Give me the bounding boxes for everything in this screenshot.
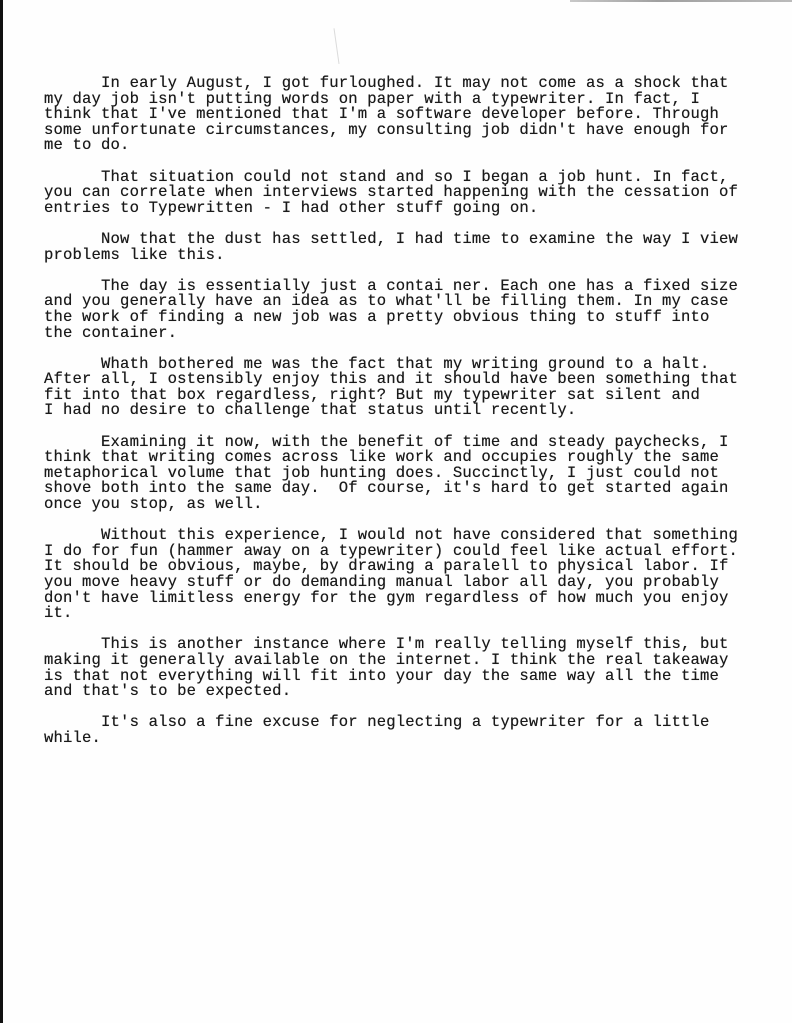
- paragraph: It's also a fine excuse for neglecting a…: [44, 715, 744, 746]
- text-line: me to do.: [44, 138, 744, 154]
- paragraph: This is another instance where I'm reall…: [44, 637, 744, 699]
- scan-artifact-mark: [334, 28, 342, 64]
- text-line: I had no desire to challenge that status…: [44, 403, 744, 419]
- text-line: entries to Typewritten - I had other stu…: [44, 201, 744, 217]
- text-line: and that's to be expected.: [44, 684, 744, 700]
- text-line: It's also a fine excuse for neglecting a…: [44, 715, 744, 731]
- text-line: the container.: [44, 326, 744, 342]
- text-line: problems like this.: [44, 248, 744, 264]
- scan-top-edge: [570, 0, 792, 2]
- scan-left-edge: [0, 0, 3, 1023]
- text-line: it.: [44, 606, 744, 622]
- text-line: while.: [44, 731, 744, 747]
- paragraph: That situation could not stand and so I …: [44, 170, 744, 217]
- paragraph: The day is essentially just a contai ner…: [44, 279, 744, 341]
- paragraph: Without this experience, I would not hav…: [44, 528, 744, 622]
- document-body: In early August, I got furloughed. It ma…: [44, 76, 744, 762]
- paragraph: Examining it now, with the benefit of ti…: [44, 435, 744, 513]
- text-line: once you stop, as well.: [44, 497, 744, 513]
- paragraph: Now that the dust has settled, I had tim…: [44, 232, 744, 263]
- text-line: don't have limitless energy for the gym …: [44, 591, 744, 607]
- typewritten-page: In early August, I got furloughed. It ma…: [0, 0, 792, 1023]
- paragraph: Whath bothered me was the fact that my w…: [44, 357, 744, 419]
- paragraph: In early August, I got furloughed. It ma…: [44, 76, 744, 154]
- text-line: some unfortunate circumstances, my consu…: [44, 123, 744, 139]
